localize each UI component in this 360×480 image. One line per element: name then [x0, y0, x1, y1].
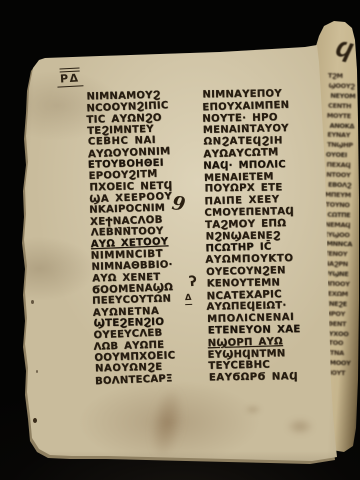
- stain: [244, 404, 262, 415]
- ink-speck: [33, 418, 37, 423]
- ink-speck: [31, 300, 34, 304]
- manuscript-photo: Ϥ ΤϨΜϢΟΟΥϨΝΕΥΟΜCΕΝΤΗΜΟΥΤΕΑΝΟΚΔΕΥΝΑΥΤΝϢΗΡ…: [0, 0, 360, 480]
- text-line: ΕΥϢΗϤΝΤΜΝ: [208, 347, 316, 361]
- flourish-mark: Ϥ: [333, 36, 355, 63]
- text-line: ΝΑϤ· ΜΠΟΛΙC: [203, 159, 311, 173]
- parchment-leaf: ΡΔ ΝΙΜΝΑΜΟΥϨΝCΟΟΥΝϨΙΠΙCΤΙC ΑΥΩΝϨΟΤΕϨΙΜΝΤ…: [0, 0, 360, 480]
- folio-number: ΡΔ: [57, 67, 84, 87]
- stain: [146, 386, 188, 460]
- obelus-mark: Δ: [185, 293, 192, 305]
- text-line: ΕΑΥϬΩΡϬ ΝΑϤ: [209, 371, 317, 384]
- stain: [286, 418, 314, 435]
- ink-speck: [36, 370, 38, 373]
- paragraphus-mark: ʔ: [188, 274, 197, 291]
- text-line: ΝΟΥΤΕ· ΗΡΟ: [202, 111, 310, 125]
- text-line: CΜΟΥΕΠΕΝΤΑϤ: [204, 206, 312, 220]
- text-line: ΛΩΒ ΑΥΩΠΕ: [93, 338, 197, 352]
- text-column-right: ΝΙΜΝΑΥΕΠΟΥΕΠΟΥΧΑΙΜΠΕΝΝΟΥΤΕ· ΗΡΟΜΕΝΑΙΝ̄ΤΑ…: [202, 88, 317, 385]
- text-line: ΑΥΩΜΠΟΥΚΤΟ: [205, 253, 313, 267]
- text-column-left: ΝΙΜΝΑΜΟΥϨΝCΟΟΥΝϨΙΠΙCΤΙC ΑΥΩΝϨΟΤΕϨΙΜΝΤΕΥC…: [86, 89, 199, 387]
